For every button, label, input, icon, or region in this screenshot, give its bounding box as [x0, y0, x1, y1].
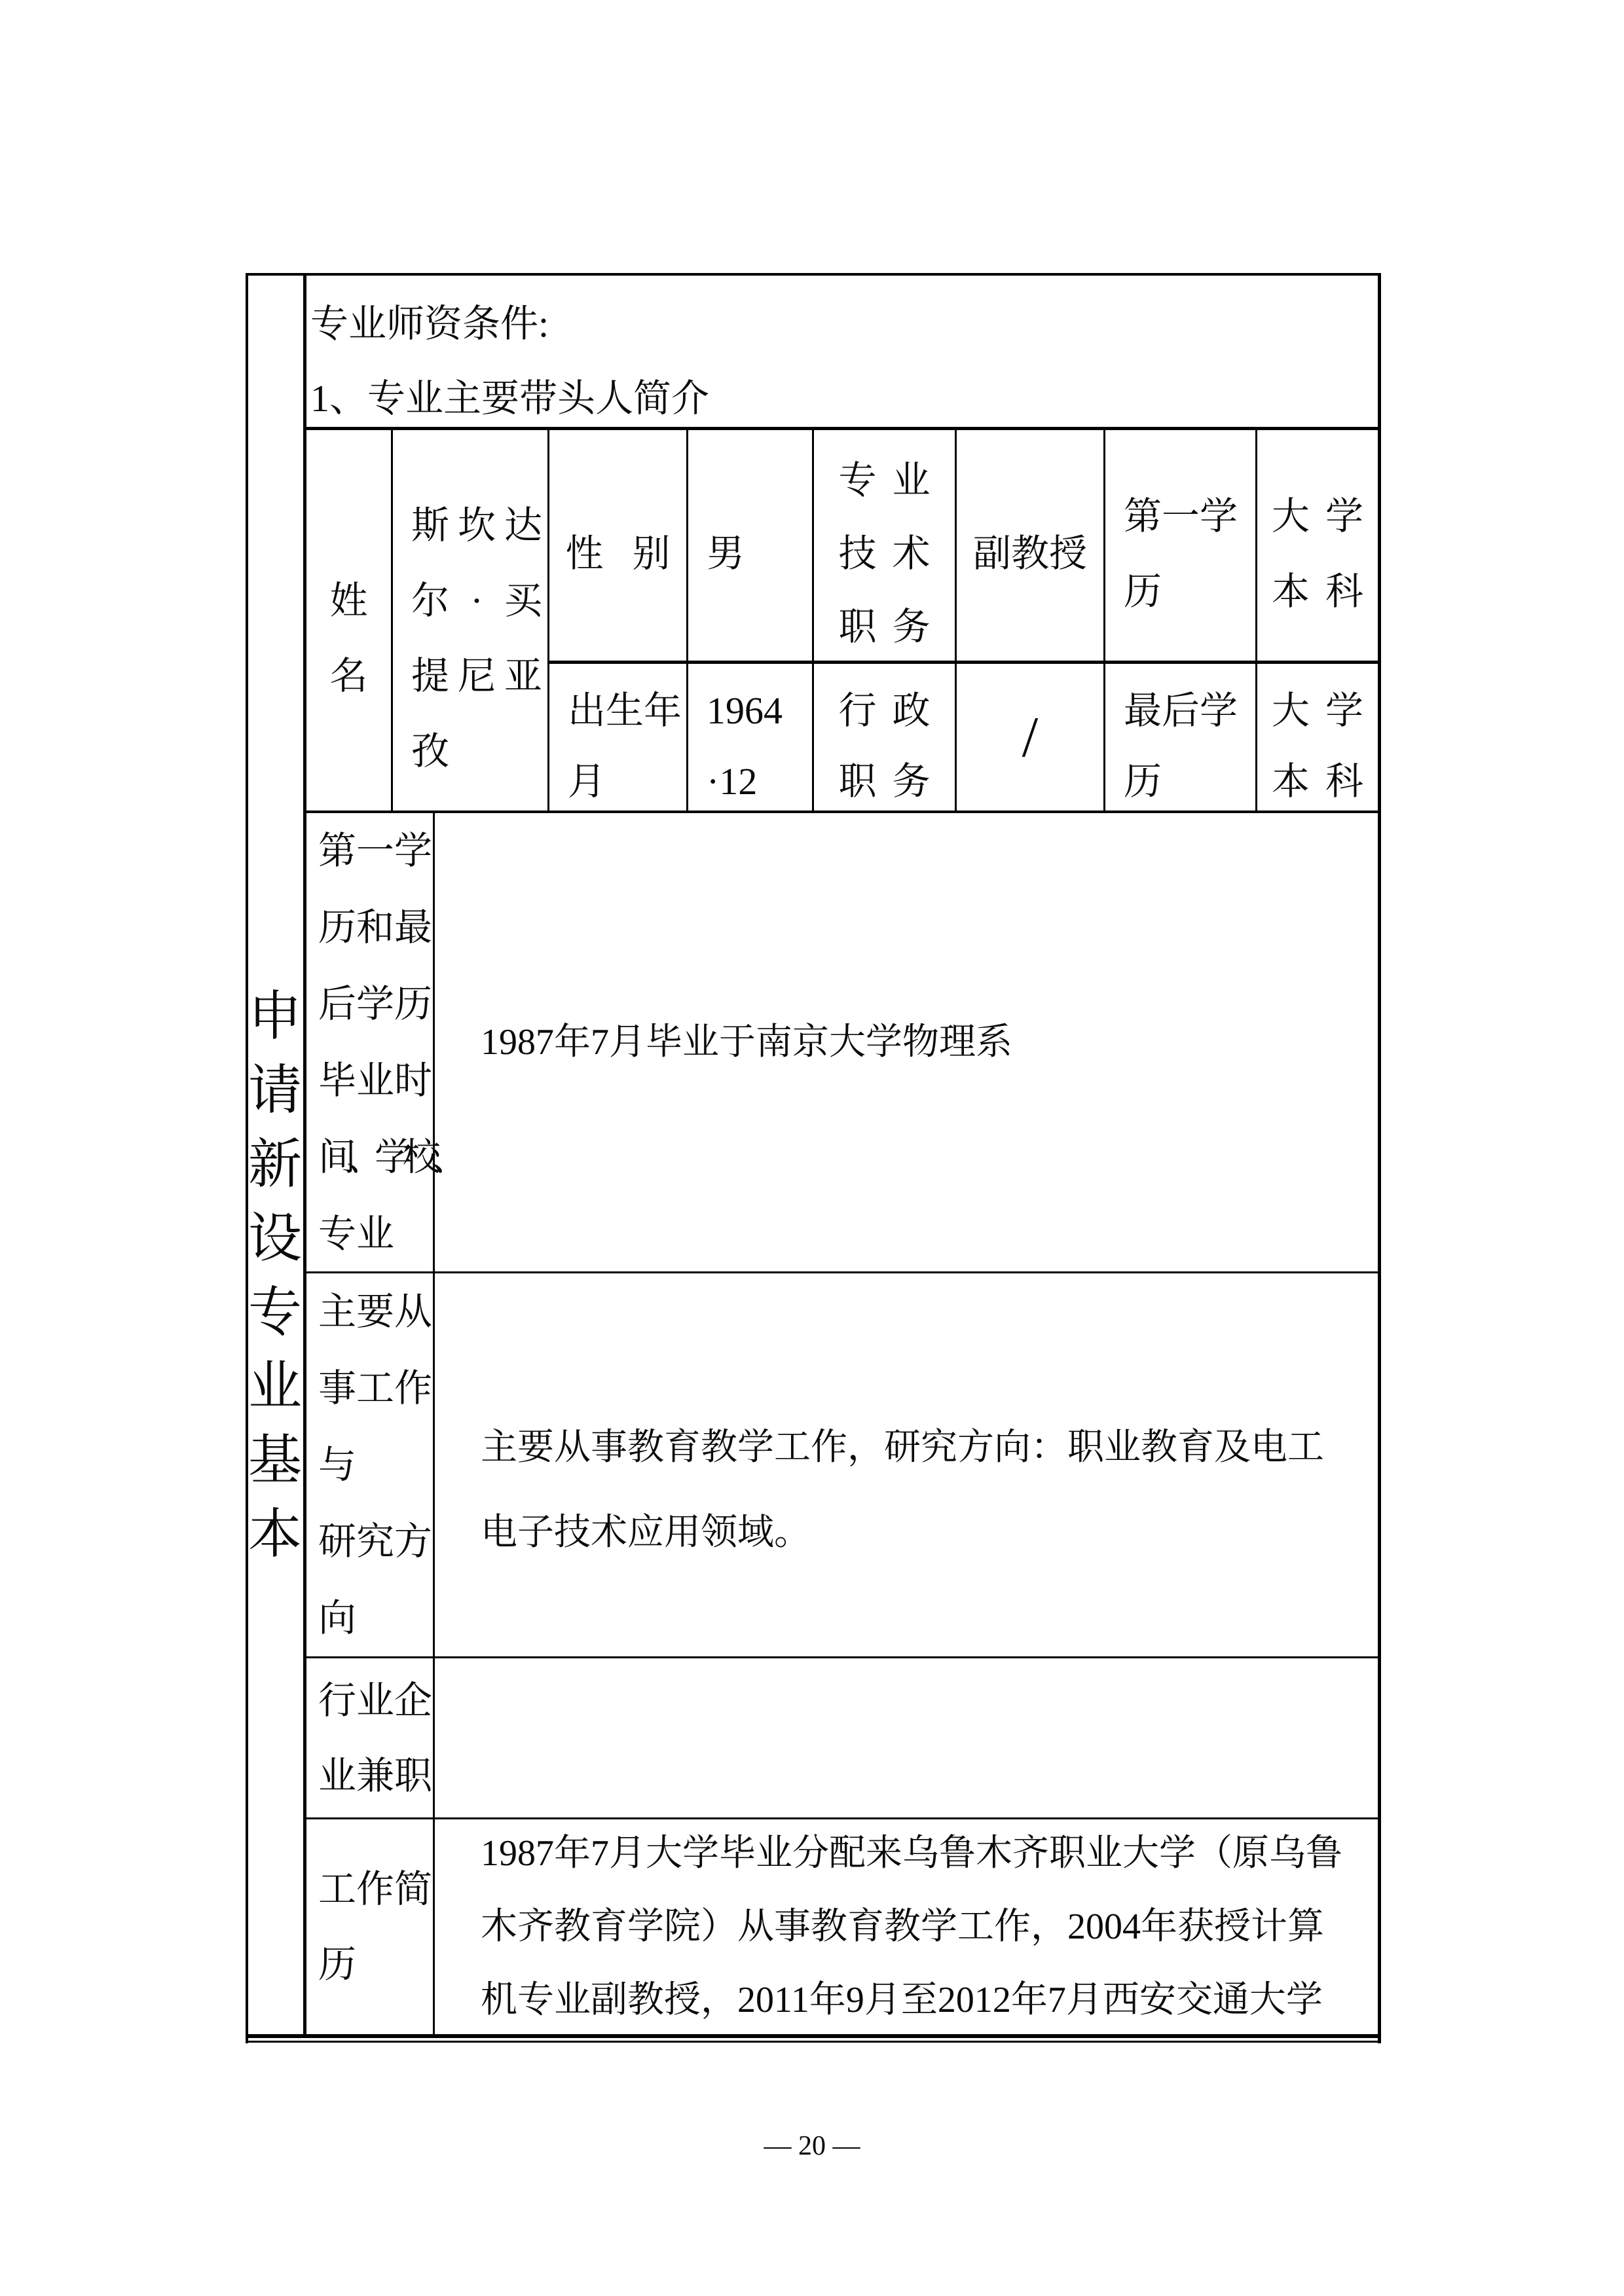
first-degree-label-line: 历	[1124, 554, 1162, 629]
industry-label-line: 业兼职	[318, 1738, 432, 1813]
education-label-line: 第一学	[318, 812, 432, 889]
section-header-cell: 专业师资条件: 1、专业主要带头人简介	[306, 273, 1374, 441]
name-value-line: 尔·买	[411, 563, 542, 638]
tech-title-label-line: 职务	[839, 591, 931, 664]
first-degree-label-cell: 第一学 历	[1105, 427, 1274, 670]
research-label-line: 事工作	[318, 1350, 432, 1427]
gender-label-cell: 性别	[549, 427, 686, 670]
first-degree-value-line: 大学	[1272, 479, 1363, 554]
first-degree-value-line: 本科	[1272, 554, 1363, 629]
name-value-cell: 斯坎达 尔·买 提尼亚 孜	[393, 427, 566, 830]
name-label-line: 名	[329, 638, 367, 714]
admin-label-cell: 行政 职务	[814, 664, 955, 820]
research-label-line: 与	[318, 1427, 356, 1503]
last-degree-value-line: 大学	[1272, 676, 1363, 746]
last-degree-value-line: 本科	[1272, 746, 1363, 817]
last-degree-label-line: 最后学	[1124, 676, 1238, 746]
industry-label-cell: 行业企 业兼职	[306, 1658, 445, 1817]
tech-title-value-cell: 副教授	[957, 427, 1103, 670]
birth-label-line: 月	[568, 746, 606, 817]
scanned-form-page: 申 请 新 设 专 业 基 本 专业师资条件: 1、专业主要带头人简介 姓 名 …	[0, 0, 1624, 2296]
first-degree-label-line: 第一学	[1124, 479, 1238, 554]
birth-value-cell: 1964 ·12	[688, 664, 830, 820]
tech-title-label-line: 技术	[839, 517, 931, 591]
resume-label-cell: 工作简 历	[306, 1819, 445, 2034]
research-value-line: 电子技术应用领域。	[481, 1490, 811, 1575]
gender-label: 性别	[566, 516, 671, 591]
resume-value-line: 1987年7月大学毕业分配来乌鲁木齐职业大学（原乌鲁	[481, 1817, 1342, 1890]
tech-title-label-cell: 专业 技术 职务	[814, 427, 955, 670]
name-label-line: 姓	[329, 563, 367, 638]
resume-value-cell: 1987年7月大学毕业分配来乌鲁木齐职业大学（原乌鲁 木齐教育学院）从事教育教学…	[435, 1819, 1378, 2034]
research-label-line: 研究方	[318, 1503, 432, 1580]
page-number: — 20 —	[0, 2126, 1624, 2166]
research-value-cell: 主要从事教育教学工作，研究方向：职业教育及电工 电子技术应用领域。	[435, 1273, 1378, 1681]
industry-value-cell	[435, 1658, 1378, 1817]
admin-value-cell: /	[957, 664, 1103, 811]
row-group-vertical-label: 申 请 新 设 专 业 基 本	[247, 979, 303, 1571]
section-title: 专业师资条件:	[306, 287, 1374, 361]
resume-label-line: 历	[318, 1927, 356, 2002]
last-degree-label-cell: 最后学 历	[1105, 664, 1274, 820]
resume-label-line: 工作简	[318, 1851, 432, 1927]
name-value-line: 斯坎达	[411, 488, 542, 563]
last-degree-label-line: 历	[1124, 746, 1162, 817]
education-label-line: 后学历	[318, 966, 432, 1042]
birth-value-line: 1964	[707, 676, 783, 746]
education-value-cell: 1987年7月毕业于南京大学物理系	[435, 813, 1378, 1271]
education-label-cell: 第一学 历和最 后学历 毕业时 间、学校、 专业	[306, 813, 445, 1271]
table-border-right	[1378, 273, 1381, 2043]
gender-value-cell: 男	[688, 427, 830, 670]
name-label-cell: 姓 名	[306, 427, 391, 830]
name-value-line: 提尼亚	[411, 638, 542, 714]
gender-value: 男	[707, 516, 745, 591]
education-value: 1987年7月毕业于南京大学物理系	[481, 1005, 1012, 1080]
section-subtitle: 1、专业主要带头人简介	[306, 361, 1374, 436]
education-label-line: 专业	[318, 1195, 394, 1272]
name-value-line: 孜	[411, 714, 542, 789]
last-degree-value-cell: 大学 本科	[1257, 664, 1378, 820]
tech-title-label-line: 专业	[839, 444, 931, 517]
birth-label-cell: 出生年 月	[549, 664, 705, 820]
tech-title-value: 副教授	[973, 516, 1087, 591]
resume-value-line: 机专业副教授，2011年9月至2012年7月西安交通大学	[481, 1963, 1323, 2037]
research-label-line: 向	[318, 1580, 356, 1656]
admin-label-line: 职务	[839, 746, 931, 817]
research-label-line: 主要从	[318, 1273, 432, 1350]
admin-label-line: 行政	[839, 676, 931, 746]
industry-label-line: 行业企	[318, 1663, 432, 1738]
first-degree-value-cell: 大学 本科	[1257, 427, 1378, 670]
education-label-line: 历和最	[318, 889, 432, 966]
research-label-cell: 主要从 事工作 与 研究方 向	[306, 1273, 445, 1656]
research-value-line: 主要从事教育教学工作，研究方向：职业教育及电工	[481, 1405, 1324, 1490]
birth-label-line: 出生年	[568, 676, 666, 746]
education-label-line: 毕业时	[318, 1042, 432, 1119]
resume-value-line: 木齐教育学院）从事教育教学工作，2004年获授计算	[481, 1890, 1324, 1963]
birth-value-line: ·12	[707, 746, 757, 817]
admin-value: /	[1022, 700, 1038, 775]
